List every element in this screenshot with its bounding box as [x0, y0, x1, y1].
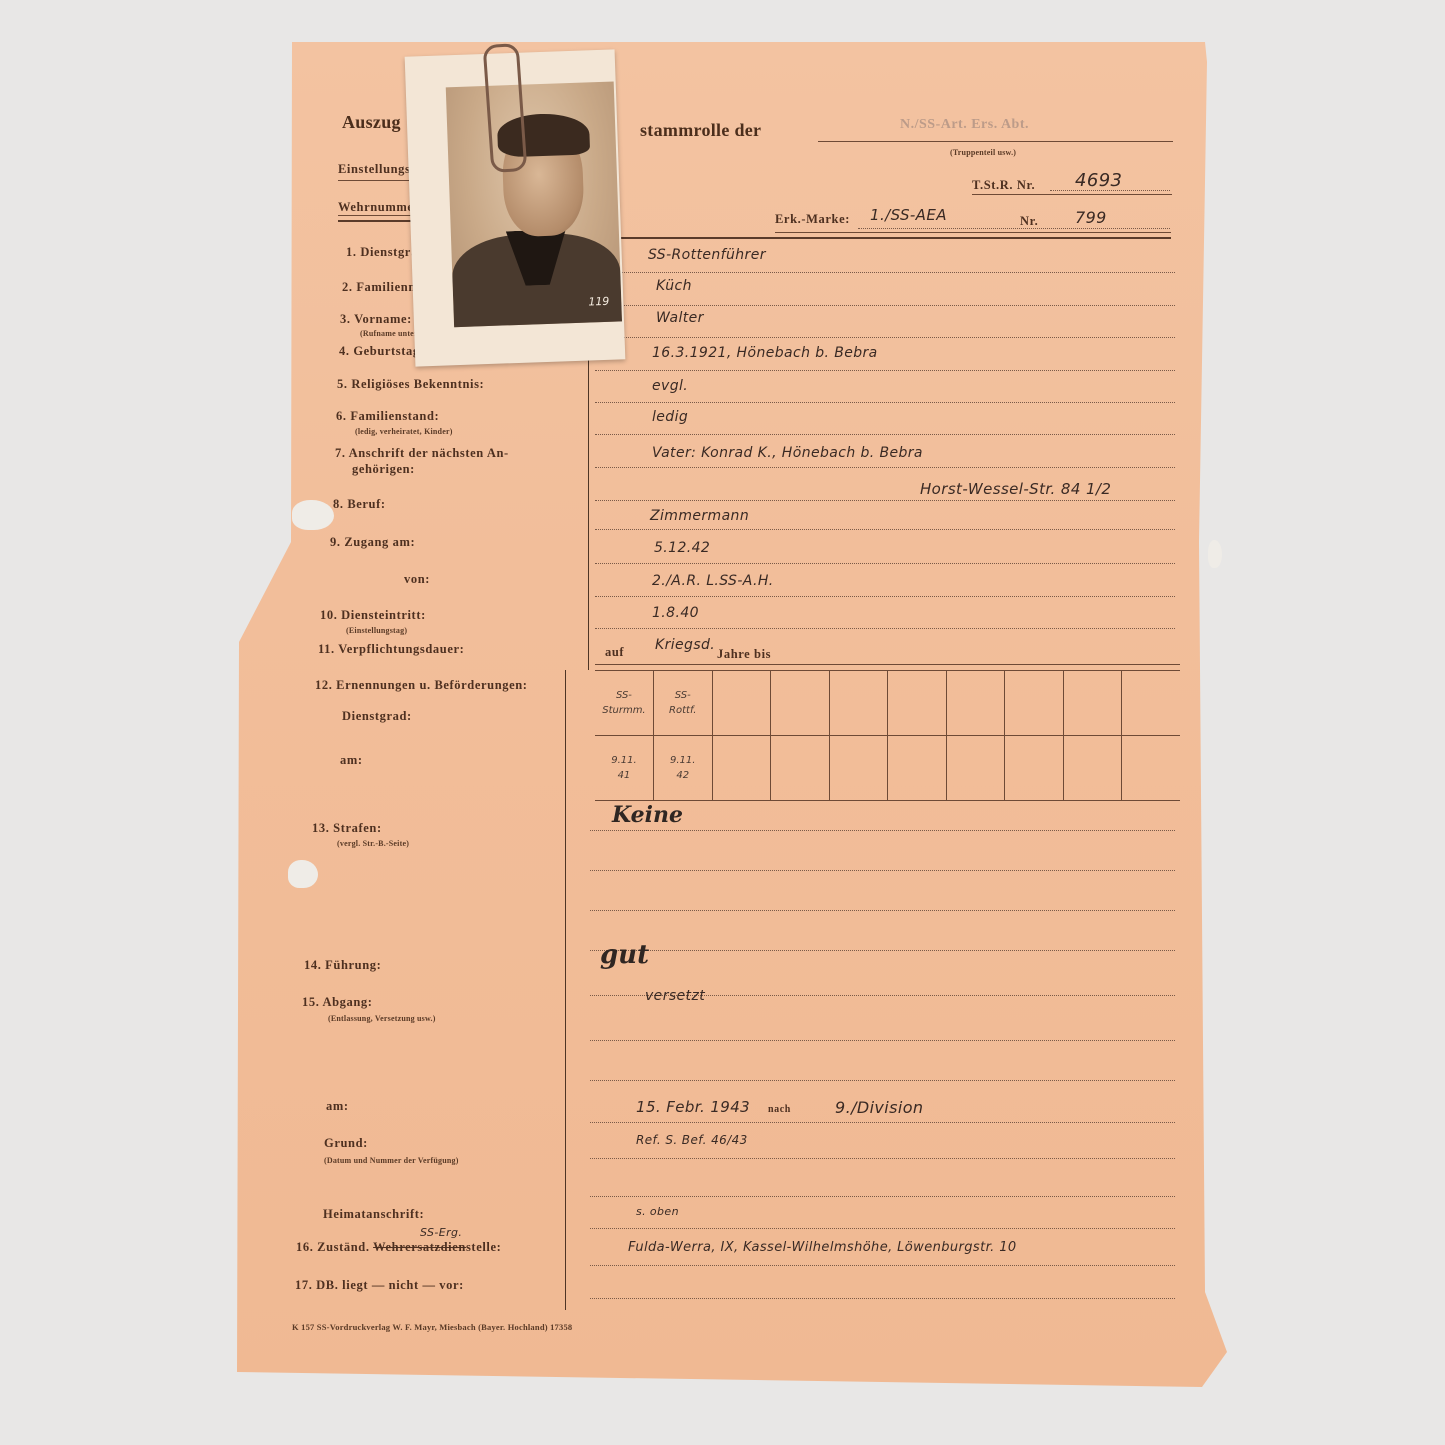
unit-caption: (Truppenteil usw.) [950, 148, 1016, 157]
rank-cell [712, 671, 771, 736]
footer-imprint: K 157 SS-Vordruckverlag W. F. Mayr, Mies… [292, 1322, 572, 1332]
field-12-rank-label: Dienstgrad: [342, 709, 412, 724]
tstr-rule [972, 194, 1172, 195]
rank-cell [888, 671, 947, 736]
duration-prefix: auf [605, 645, 624, 660]
date-cell [1005, 736, 1064, 801]
field-9-label: 9. Zugang am: [330, 535, 415, 550]
erk-label: Erk.-Marke: [775, 212, 850, 227]
ruled-line [590, 1158, 1175, 1159]
value-firstname: Walter [656, 310, 704, 326]
field-8-label: 8. Beruf: [333, 497, 386, 512]
portrait-image: 119 [446, 81, 622, 327]
ruled-line [590, 1040, 1175, 1041]
field-grund-label: Grund: [324, 1136, 368, 1151]
ruled-line [595, 305, 1175, 306]
field-14-label: 14. Führung: [304, 958, 381, 973]
erk-nr-label: Nr. [1020, 214, 1038, 229]
value-reason: Ref. S. Bef. 46/43 [636, 1133, 748, 1147]
ruled-line [590, 1196, 1175, 1197]
ruled-line [595, 529, 1175, 530]
ruled-line [595, 370, 1175, 371]
ruled-line [590, 1265, 1175, 1266]
rank-cell: SS-Sturmm. [595, 671, 653, 736]
edge-notch [1208, 540, 1222, 568]
value-duration: Kriegsd. [655, 637, 715, 653]
field-9-von-label: von: [404, 572, 430, 587]
value-home-address: s. oben [636, 1205, 679, 1218]
erk-value: 1./SS-AEA [870, 206, 947, 224]
field-15-am-label: am: [326, 1099, 349, 1114]
field-6-label: 6. Familienstand: [336, 409, 439, 424]
value-next-of-kin-street: Horst-Wessel-Str. 84 1/2 [920, 480, 1111, 498]
promotions-date-row: 9.11.41 9.11.42 [595, 736, 1180, 801]
value-departure-date: 15. Febr. 1943 [636, 1098, 750, 1116]
date-cell [771, 736, 830, 801]
rank-cell [946, 671, 1005, 736]
field-7-label2: gehörigen: [352, 462, 415, 477]
field-15-label: 15. Abgang: [302, 995, 373, 1010]
value-religion: evgl. [652, 378, 688, 394]
value-rank: SS-Rottenführer [648, 247, 766, 263]
field-16-overwrite: SS-Erg. [420, 1226, 462, 1239]
value-surname: Küch [656, 278, 692, 294]
ruled-line [595, 628, 1175, 629]
field-3-label: 3. Vorname: [340, 312, 412, 327]
value-next-of-kin: Vater: Konrad K., Hönebach b. Bebra [652, 445, 923, 461]
value-entry-date: 5.12.42 [654, 540, 710, 556]
value-departure: versetzt [645, 988, 705, 1004]
value-birth: 16.3.1921, Hönebach b. Bebra [652, 345, 878, 361]
einstellung-label: Einstellungs [338, 162, 411, 177]
value-from-unit: 2./A.R. L.SS-A.H. [652, 573, 774, 589]
tstr-label: T.St.R. Nr. [972, 178, 1035, 193]
title-right: stammrolle der [640, 120, 761, 141]
column-divider [588, 350, 589, 670]
date-cell: 9.11.42 [653, 736, 712, 801]
rank-cell [1122, 671, 1180, 736]
ruled-line [590, 910, 1175, 911]
value-conduct: gut [600, 940, 649, 970]
punch-hole-upper [292, 500, 334, 530]
field-grund-sub: (Datum und Nummer der Verfügung) [324, 1156, 459, 1165]
value-service-start: 1.8.40 [652, 605, 699, 621]
promotions-rank-row: SS-Sturmm. SS-Rottf. [595, 671, 1180, 736]
ruled-line [595, 500, 1175, 501]
ruled-line [595, 337, 1175, 338]
erk-rule [775, 232, 1171, 233]
date-cell: 9.11.41 [595, 736, 653, 801]
wehrnummer-label: Wehrnumme [338, 200, 414, 215]
field-10-sub: (Einstellungstag) [346, 626, 407, 635]
ruled-line [595, 467, 1175, 468]
field-13-label: 13. Strafen: [312, 821, 382, 836]
ruled-line [590, 1228, 1175, 1229]
rank-cell [1005, 671, 1064, 736]
date-cell [829, 736, 888, 801]
punch-hole-lower [288, 860, 318, 888]
ruled-line [590, 1122, 1175, 1123]
value-occupation: Zimmermann [650, 508, 749, 524]
rank-cell [771, 671, 830, 736]
ruled-line [595, 402, 1175, 403]
rank-cell [1063, 671, 1122, 736]
rank-cell: SS-Rottf. [653, 671, 712, 736]
date-cell [946, 736, 1005, 801]
promotions-table: SS-Sturmm. SS-Rottf. 9.11.41 9.11.42 [595, 670, 1180, 801]
duration-rule [595, 664, 1180, 665]
ruled-line [590, 950, 1175, 951]
field-16-label: 16. Zuständ. Wehrersatzdienstelle: [296, 1240, 501, 1255]
value-responsible-office: Fulda-Werra, IX, Kassel-Wilhelmshöhe, Lö… [628, 1240, 1017, 1255]
tstr-value: 4693 [1075, 170, 1122, 191]
field-13-sub: (vergl. Str.-B.-Seite) [337, 839, 409, 848]
field-12-date-label: am: [340, 753, 363, 768]
ruled-line [590, 1080, 1175, 1081]
ruled-line [590, 830, 1175, 831]
erk-nr-value: 799 [1075, 208, 1107, 227]
tstr-dots [1050, 190, 1170, 191]
erk-dots [858, 228, 1170, 229]
unit-line [818, 141, 1173, 142]
title-left: Auszug [342, 112, 401, 133]
ruled-line [595, 272, 1175, 273]
ruled-line [595, 563, 1175, 564]
field-5-label: 5. Religiöses Bekenntnis: [337, 377, 484, 392]
date-cell [1063, 736, 1122, 801]
field-17-label: 17. DB. liegt — nicht — vor: [295, 1278, 464, 1293]
ruled-line [595, 434, 1175, 435]
departure-nach: nach [768, 1104, 791, 1115]
value-marital: ledig [652, 409, 688, 425]
field-6-sub: (ledig, verheiratet, Kinder) [355, 427, 453, 436]
date-cell [1122, 736, 1180, 801]
ruled-line [590, 870, 1175, 871]
ruled-line [595, 596, 1175, 597]
field-7-label: 7. Anschrift der nächsten An- [335, 446, 509, 461]
date-cell [888, 736, 947, 801]
field-12-label: 12. Ernennungen u. Beförderungen: [315, 678, 528, 693]
field-15-sub: (Entlassung, Versetzung usw.) [328, 1014, 436, 1023]
rank-cell [829, 671, 888, 736]
duration-suffix: Jahre bis [717, 647, 771, 662]
ruled-line [590, 1298, 1175, 1299]
photo-number: 119 [588, 295, 609, 309]
header-rule-right [620, 237, 1171, 239]
date-cell [712, 736, 771, 801]
unit-stamp: N./SS-Art. Ers. Abt. [900, 117, 1029, 133]
value-departure-dest: 9./Division [835, 1098, 923, 1117]
column-divider-lower [565, 670, 566, 1310]
field-4-label: 4. Geburtstag [339, 344, 420, 359]
field-heimat-label: Heimatanschrift: [323, 1207, 424, 1222]
value-punishments: Keine [612, 802, 683, 828]
field-10-label: 10. Diensteintritt: [320, 608, 426, 623]
field-11-label: 11. Verpflichtungsdauer: [318, 642, 464, 657]
